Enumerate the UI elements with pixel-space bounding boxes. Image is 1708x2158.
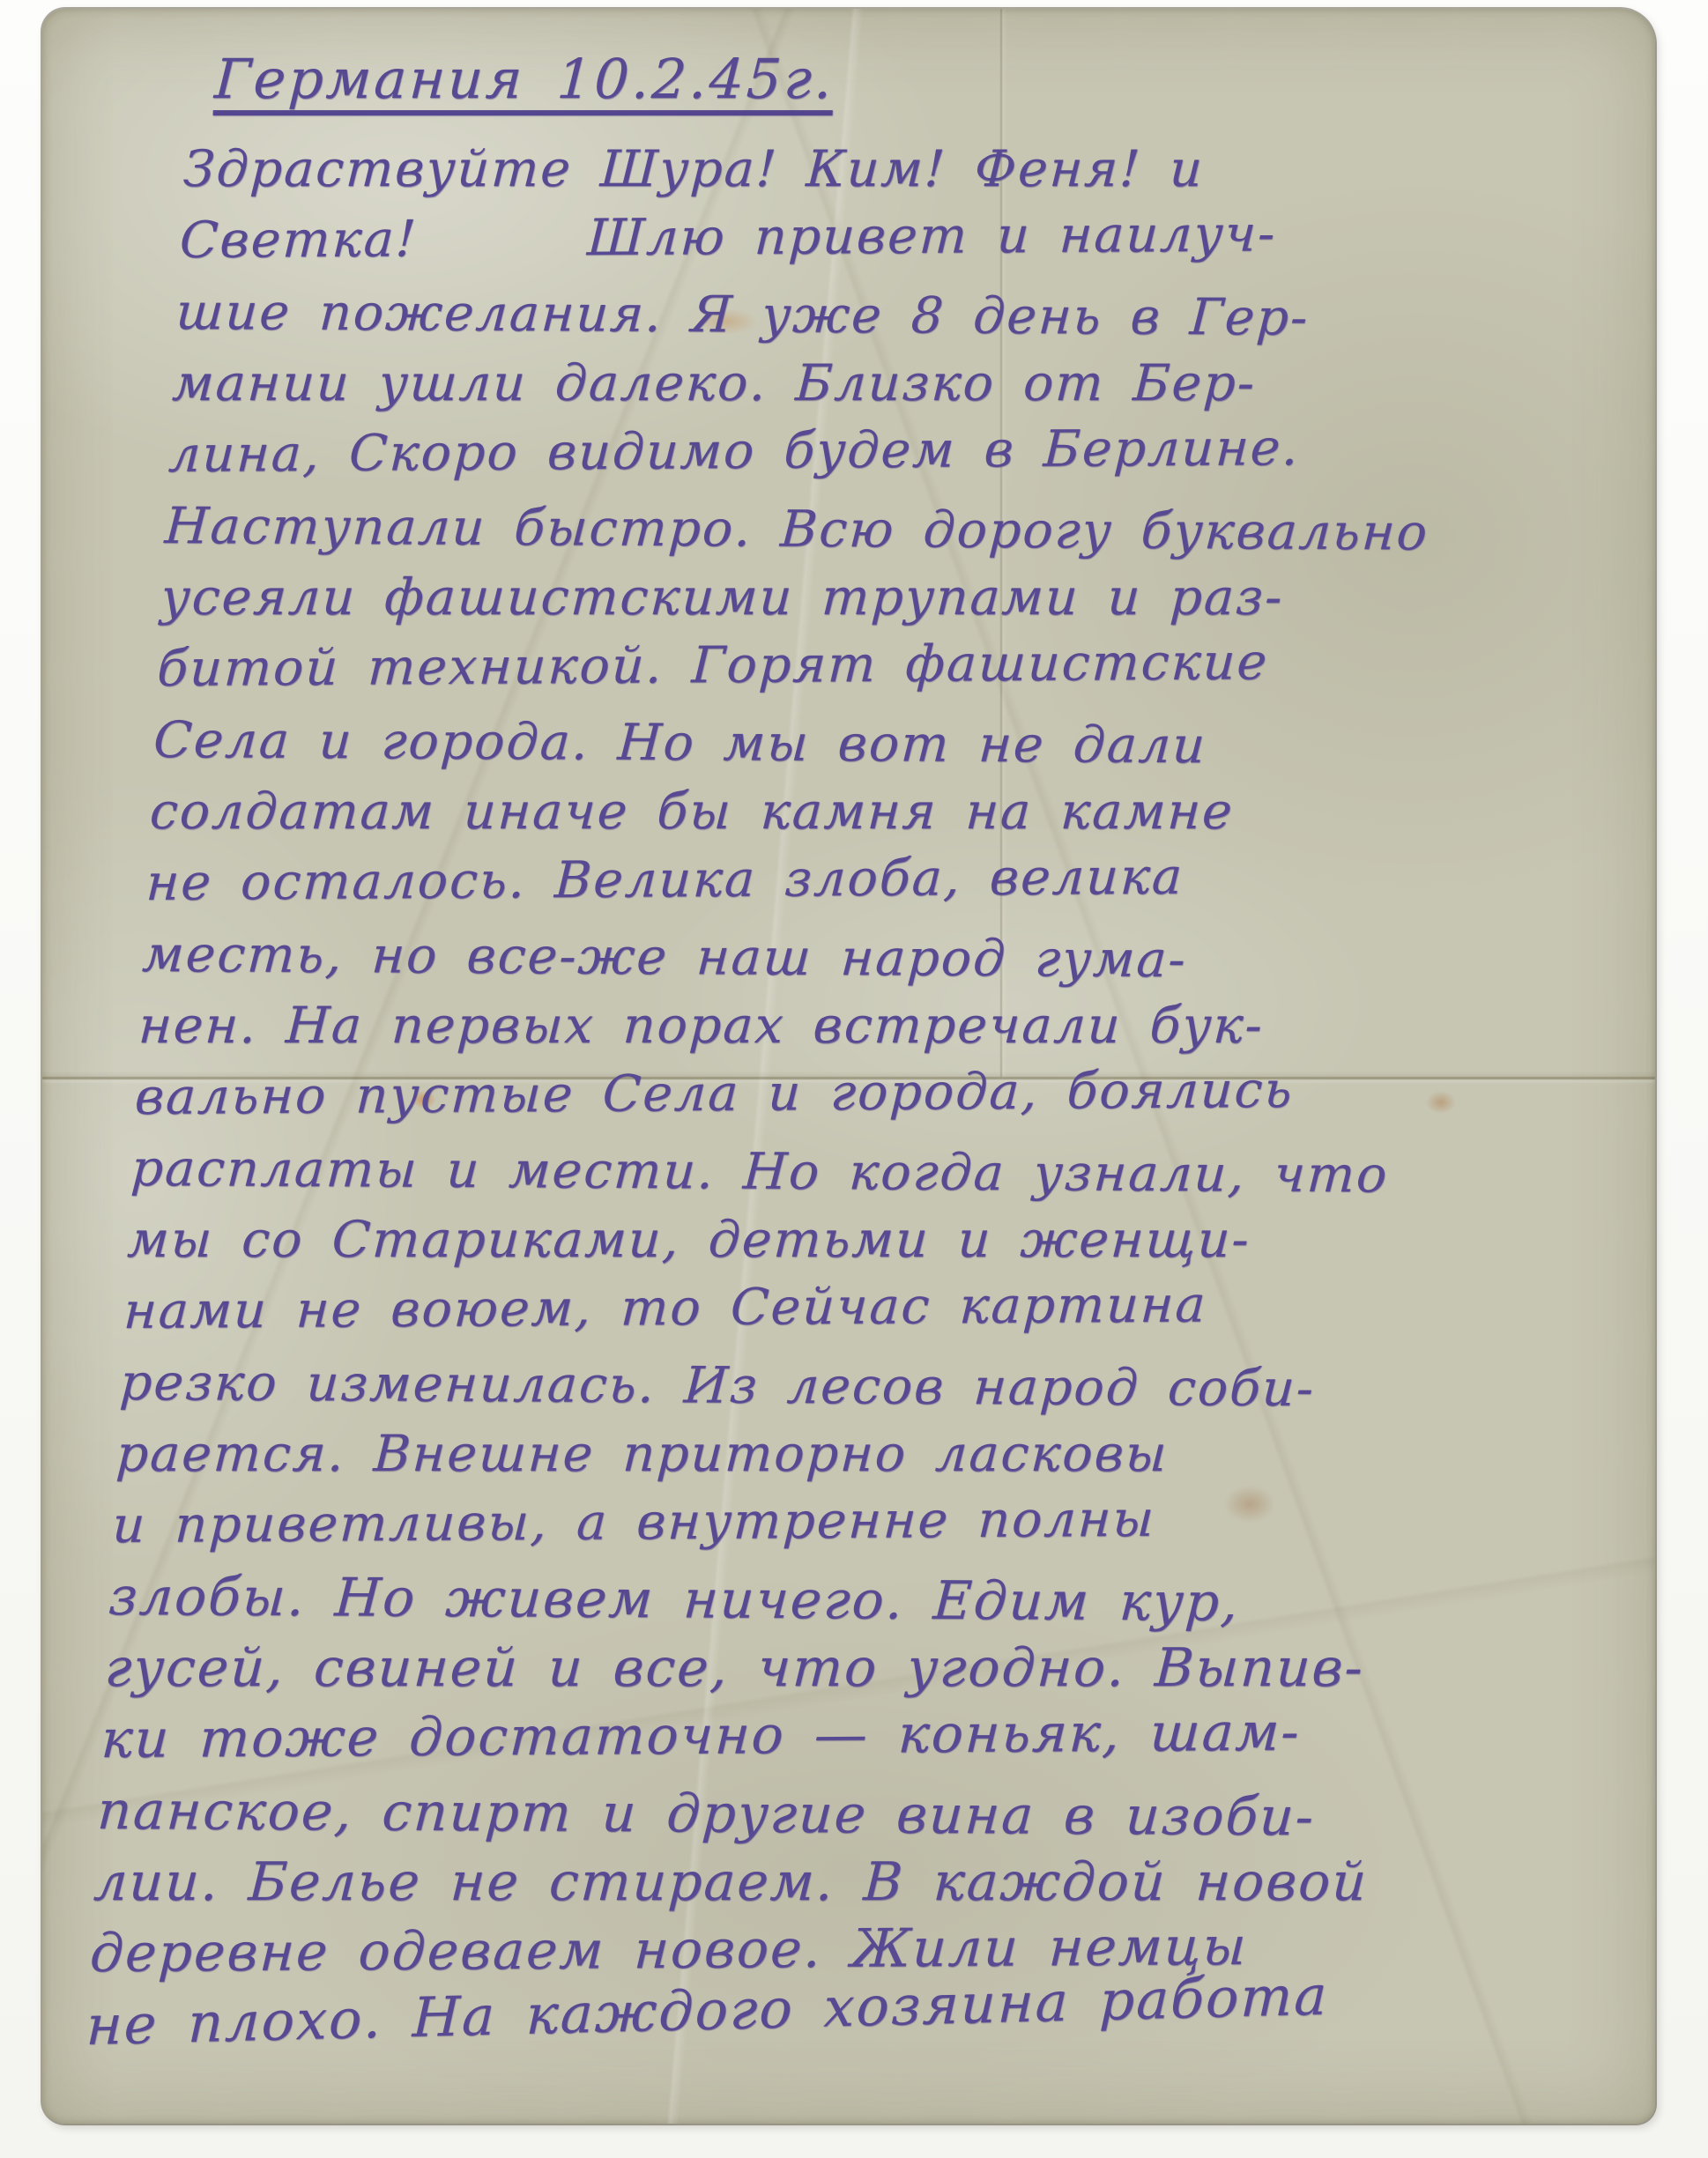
letter-line: нами не воюем, то Сейчас картина <box>122 1267 1637 1347</box>
letter-line: Наступали быстро. Всю дорогу буквально <box>163 491 1655 570</box>
letter-dateline: Германия 10.2.45г. <box>185 35 1655 134</box>
letter-line: Здраствуйте Шура! Ким! Феня! и <box>182 134 1655 205</box>
letter-line: солдатам иначе бы камня на камне <box>148 776 1655 848</box>
letter-paper: Германия 10.2.45г. Здраствуйте Шура! Ким… <box>42 9 1655 2124</box>
letter-line: не осталось. Велика злоба, велика <box>145 839 1655 919</box>
letter-line: усеяли фашистскими трупами и раз- <box>160 562 1655 634</box>
letter-text: Германия 10.2.45г. Здраствуйте Шура! Ким… <box>85 35 1655 2061</box>
letter-line: месть, но все-же наш народ гума- <box>140 919 1655 998</box>
letter-line: нен. На первых порах встречали бук- <box>137 990 1652 1062</box>
letter-line: гусей, свиней и все, что угодно. Выпив- <box>103 1633 1619 1704</box>
letter-line: лии. Белье не стираем. В каждой новой <box>92 1847 1608 1918</box>
letter-line: панское, спирт и другие вина в изоби- <box>95 1776 1611 1855</box>
letter-line: и приветливы, а внутренне полны <box>111 1481 1627 1561</box>
letter-line: вально пустые Села и города, боялись <box>133 1053 1649 1133</box>
letter-line: мы со Стариками, детьми и женщи- <box>125 1205 1641 1276</box>
letter-line: битой техникой. Горят фашистские <box>156 625 1655 705</box>
letter-line: рается. Внешне приторно ласковы <box>115 1419 1630 1490</box>
scanned-letter-page: Германия 10.2.45г. Здраствуйте Шура! Ким… <box>0 0 1708 2158</box>
letter-line: лина, Скоро видимо будем в Берлине. <box>167 411 1655 491</box>
letter-line: резко изменилась. Из лесов народ соби- <box>118 1347 1634 1427</box>
letter-line: шие пожелания. Я уже 8 день в Гер- <box>174 277 1655 356</box>
letter-line: расплаты и мести. Но когда узнали, что <box>129 1133 1645 1212</box>
letter-line: мании ушли далеко. Близко от Бер- <box>170 348 1655 419</box>
letter-line: Села и города. Но мы вот не дали <box>152 705 1655 784</box>
letter-line: Светка! Шлю привет и наилуч- <box>178 197 1655 277</box>
letter-line: злобы. Но живем ничего. Едим кур, <box>107 1561 1623 1641</box>
letter-line: ки тоже достаточно — коньяк, шам- <box>100 1695 1615 1776</box>
